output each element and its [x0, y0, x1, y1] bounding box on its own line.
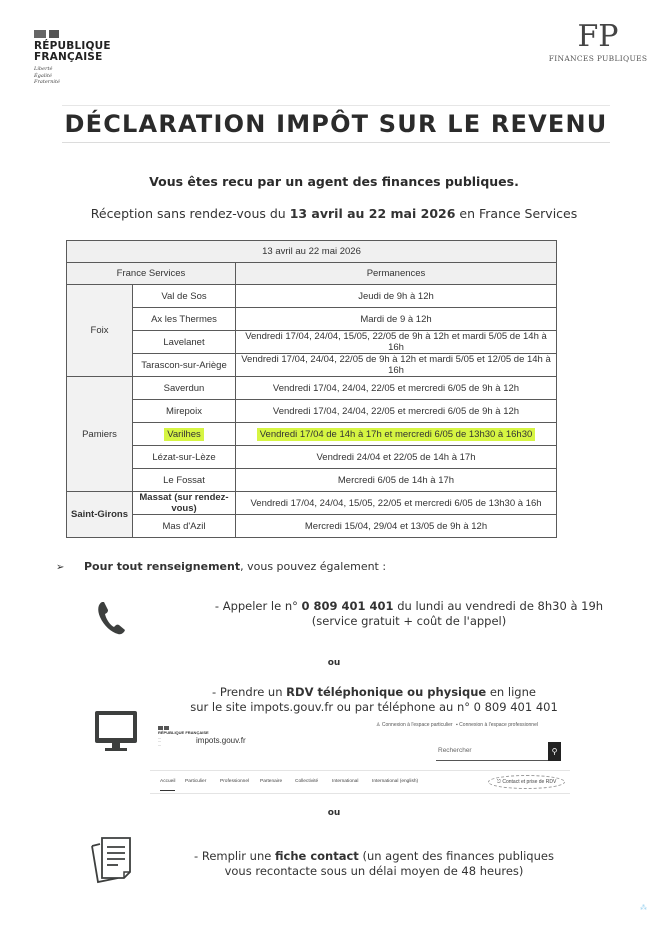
table-period-header: 13 avril au 22 mai 2026 — [67, 241, 557, 263]
intro-line-2: Réception sans rendez-vous du 13 avril a… — [0, 206, 668, 221]
rf-motto: Liberté Égalité Fraternité — [34, 66, 111, 86]
online-bold: RDV téléphonique ou physique — [286, 685, 486, 699]
site-name: Varilhes — [164, 428, 204, 441]
nav-international[interactable]: International — [332, 779, 358, 784]
contact-form-prefix: - Remplir une — [194, 849, 275, 863]
table-row: Tarascon-sur-AriègeVendredi 17/04, 24/04… — [67, 354, 557, 377]
site-cell: Lézat-sur-Lèze — [133, 446, 236, 469]
online-block: - Prendre un RDV téléphonique ou physiqu… — [0, 685, 668, 715]
table-row: LavelanetVendredi 17/04, 24/04, 15/05, 2… — [67, 331, 557, 354]
info-heading-rest: , vous pouvez également : — [240, 560, 386, 573]
schedule-text: Mercredi 6/05 de 14h à 17h — [338, 475, 454, 486]
schedule-cell: Mercredi 6/05 de 14h à 17h — [236, 469, 557, 492]
nav-collectivite[interactable]: Collectivité — [295, 779, 318, 784]
site-name: Le Fossat — [163, 475, 205, 486]
schedule-cell: Vendredi 17/04 de 14h à 17h et mercredi … — [236, 423, 557, 446]
group-cell: Saint-Girons — [67, 492, 133, 538]
schedule-cell: Vendredi 17/04, 24/04, 22/05 et mercredi… — [236, 400, 557, 423]
table-row: MirepoixVendredi 17/04, 24/04, 22/05 et … — [67, 400, 557, 423]
nav-professionnel[interactable]: Professionnel — [220, 779, 249, 784]
impots-website-screenshot: RÉPUBLIQUE FRANÇAISE ——— impots.gouv.fr … — [150, 718, 570, 796]
schedule-text: Jeudi de 9h à 12h — [358, 291, 434, 302]
phone-block: - Appeler le n° 0 809 401 401 du lundi a… — [0, 599, 668, 629]
site-cell: Massat (sur rendez-vous) — [133, 492, 236, 515]
title-band: DÉCLARATION IMPÔT SUR LE REVENU — [62, 105, 610, 143]
schedule-text: Vendredi 17/04, 24/04, 22/05 et mercredi… — [273, 406, 519, 417]
nav-accueil[interactable]: Accueil — [160, 779, 175, 791]
search-placeholder: Rechercher — [438, 747, 472, 754]
phone-line-1: - Appeler le n° 0 809 401 401 du lundi a… — [0, 599, 668, 614]
site-name: Lavelanet — [163, 337, 204, 348]
group-cell: Pamiers — [67, 377, 133, 492]
arrow-bullet-icon: ➢ — [56, 562, 84, 573]
schedule-cell: Vendredi 24/04 et 22/05 de 14h à 17h — [236, 446, 557, 469]
table-row: Le FossatMercredi 6/05 de 14h à 17h — [67, 469, 557, 492]
schedule-text: Vendredi 17/04, 24/04, 15/05, 22/05 de 9… — [245, 331, 547, 353]
site-name: Ax les Thermes — [151, 314, 217, 325]
schedule-text: Vendredi 17/04, 24/04, 15/05, 22/05 et m… — [250, 498, 541, 509]
finances-publiques-logo: FP FINANCES PUBLIQUES — [548, 22, 648, 63]
rf-name-line2: FRANÇAISE — [34, 52, 111, 63]
search-icon[interactable]: ⚲ — [548, 742, 561, 761]
site-name: Mirepoix — [166, 406, 202, 417]
page-title: DÉCLARATION IMPÔT SUR LE REVENU — [65, 110, 608, 138]
contact-form-line-2: vous recontacte sous un délai moyen de 4… — [0, 864, 668, 879]
nav-contact-rdv[interactable]: ⎋ Contact et prise de RDV — [488, 775, 565, 789]
online-suffix: en ligne — [486, 685, 536, 699]
connect-pro-label: Connexion à l'espace professionnel — [459, 722, 538, 728]
site-domain[interactable]: impots.gouv.fr — [196, 736, 246, 745]
schedule-text: Mercredi 15/04, 29/04 et 13/05 de 9h à 1… — [305, 521, 487, 532]
schedule-cell: Vendredi 17/04, 24/04, 22/05 de 9h à 12h… — [236, 354, 557, 377]
column-header-permanences: Permanences — [236, 263, 557, 285]
site-logo-name: RÉPUBLIQUE FRANÇAISE — [158, 731, 209, 736]
table-row: Lézat-sur-LèzeVendredi 24/04 et 22/05 de… — [67, 446, 557, 469]
site-cell: Mirepoix — [133, 400, 236, 423]
schedule-cell: Jeudi de 9h à 12h — [236, 285, 557, 308]
nav-international-english[interactable]: International (english) — [372, 779, 418, 784]
site-cell: Tarascon-sur-Ariège — [133, 354, 236, 377]
phone-prefix: - Appeler le n° — [215, 599, 302, 613]
site-cell: Lavelanet — [133, 331, 236, 354]
contact-form-line-1: - Remplir une fiche contact (un agent de… — [0, 849, 668, 864]
marianne-icon — [34, 30, 111, 38]
table-row: Ax les ThermesMardi de 9 à 12h — [67, 308, 557, 331]
contact-rdv-label: Contact et prise de RDV — [502, 779, 556, 785]
contact-form-suffix: (un agent des finances publiques — [359, 849, 554, 863]
connect-pro-link[interactable]: ▪ Connexion à l'espace professionnel — [456, 722, 538, 728]
schedule-cell: Vendredi 17/04, 24/04, 15/05, 22/05 de 9… — [236, 331, 557, 354]
site-nav: Accueil Particulier Professionnel Parten… — [150, 770, 570, 794]
site-name: Massat (sur rendez-vous) — [139, 492, 228, 514]
intro-dates: 13 avril au 22 mai 2026 — [290, 206, 456, 221]
schedule-text: Vendredi 17/04, 24/04, 22/05 et mercredi… — [273, 383, 519, 394]
schedule-text: Mardi de 9 à 12h — [360, 314, 431, 325]
schedule-cell: Vendredi 17/04, 24/04, 15/05, 22/05 et m… — [236, 492, 557, 515]
phone-number[interactable]: 0 809 401 401 — [302, 599, 394, 613]
site-search-input[interactable]: Rechercher ⚲ — [436, 742, 561, 761]
or-separator-2: ou — [0, 808, 668, 818]
online-prefix: - Prendre un — [212, 685, 286, 699]
schedule-text: Vendredi 24/04 et 22/05 de 14h à 17h — [317, 452, 476, 463]
intro-suffix: en France Services — [455, 206, 577, 221]
schedule-cell: Mercredi 15/04, 29/04 et 13/05 de 9h à 1… — [236, 515, 557, 538]
table-row: VarilhesVendredi 17/04 de 14h à 17h et m… — [67, 423, 557, 446]
info-heading: ➢Pour tout renseignement, vous pouvez ég… — [56, 560, 386, 573]
info-heading-bold: Pour tout renseignement — [84, 560, 240, 573]
intro-prefix: Réception sans rendez-vous du — [91, 206, 290, 221]
schedule-table: 13 avril au 22 mai 2026 France Services … — [66, 240, 557, 538]
site-cell: Val de Sos — [133, 285, 236, 308]
site-name: Mas d'Azil — [163, 521, 206, 532]
table-row: FoixVal de SosJeudi de 9h à 12h — [67, 285, 557, 308]
schedule-text: Vendredi 17/04 de 14h à 17h et mercredi … — [257, 428, 536, 441]
monitor-icon — [94, 710, 138, 754]
site-name: Val de Sos — [161, 291, 206, 302]
scan-artifact: ⁂ — [640, 904, 650, 912]
connect-particulier-label: Connexion à l'espace particulier — [382, 722, 453, 728]
site-name: Saverdun — [164, 383, 205, 394]
site-cell: Mas d'Azil — [133, 515, 236, 538]
connect-particulier-link[interactable]: ♙ Connexion à l'espace particulier — [376, 722, 453, 728]
column-header-france-services: France Services — [67, 263, 236, 285]
schedule-cell: Vendredi 17/04, 24/04, 22/05 et mercredi… — [236, 377, 557, 400]
fp-name: FINANCES PUBLIQUES — [548, 54, 648, 63]
fp-monogram-icon: FP — [548, 22, 648, 52]
schedule-cell: Mardi de 9 à 12h — [236, 308, 557, 331]
site-cell: Ax les Thermes — [133, 308, 236, 331]
contact-form-block: - Remplir une fiche contact (un agent de… — [0, 849, 668, 879]
nav-particulier[interactable]: Particulier — [185, 779, 206, 784]
table-row: PamiersSaverdunVendredi 17/04, 24/04, 22… — [67, 377, 557, 400]
or-separator-1: ou — [0, 658, 668, 668]
group-cell: Foix — [67, 285, 133, 377]
republique-francaise-logo: RÉPUBLIQUE FRANÇAISE Liberté Égalité Fra… — [34, 30, 111, 86]
phone-hours: du lundi au vendredi de 8h30 à 19h — [394, 599, 604, 613]
online-line-2: sur le site impots.gouv.fr ou par téléph… — [0, 700, 668, 715]
site-name: Lézat-sur-Lèze — [152, 452, 215, 463]
table-row: Saint-GironsMassat (sur rendez-vous)Vend… — [67, 492, 557, 515]
schedule-text: Vendredi 17/04, 24/04, 22/05 de 9h à 12h… — [241, 354, 551, 376]
motto-fraternite: Fraternité — [34, 79, 111, 86]
table-row: Mas d'AzilMercredi 15/04, 29/04 et 13/05… — [67, 515, 557, 538]
site-cell: Varilhes — [133, 423, 236, 446]
intro-line-1: Vous êtes recu par un agent des finances… — [0, 174, 668, 189]
site-cell: Saverdun — [133, 377, 236, 400]
site-name: Tarascon-sur-Ariège — [141, 360, 227, 371]
site-cell: Le Fossat — [133, 469, 236, 492]
nav-partenaire[interactable]: Partenaire — [260, 779, 282, 784]
online-line-1: - Prendre un RDV téléphonique ou physiqu… — [0, 685, 668, 700]
contact-form-bold: fiche contact — [275, 849, 359, 863]
phone-line-2: (service gratuit + coût de l'appel) — [0, 614, 668, 629]
